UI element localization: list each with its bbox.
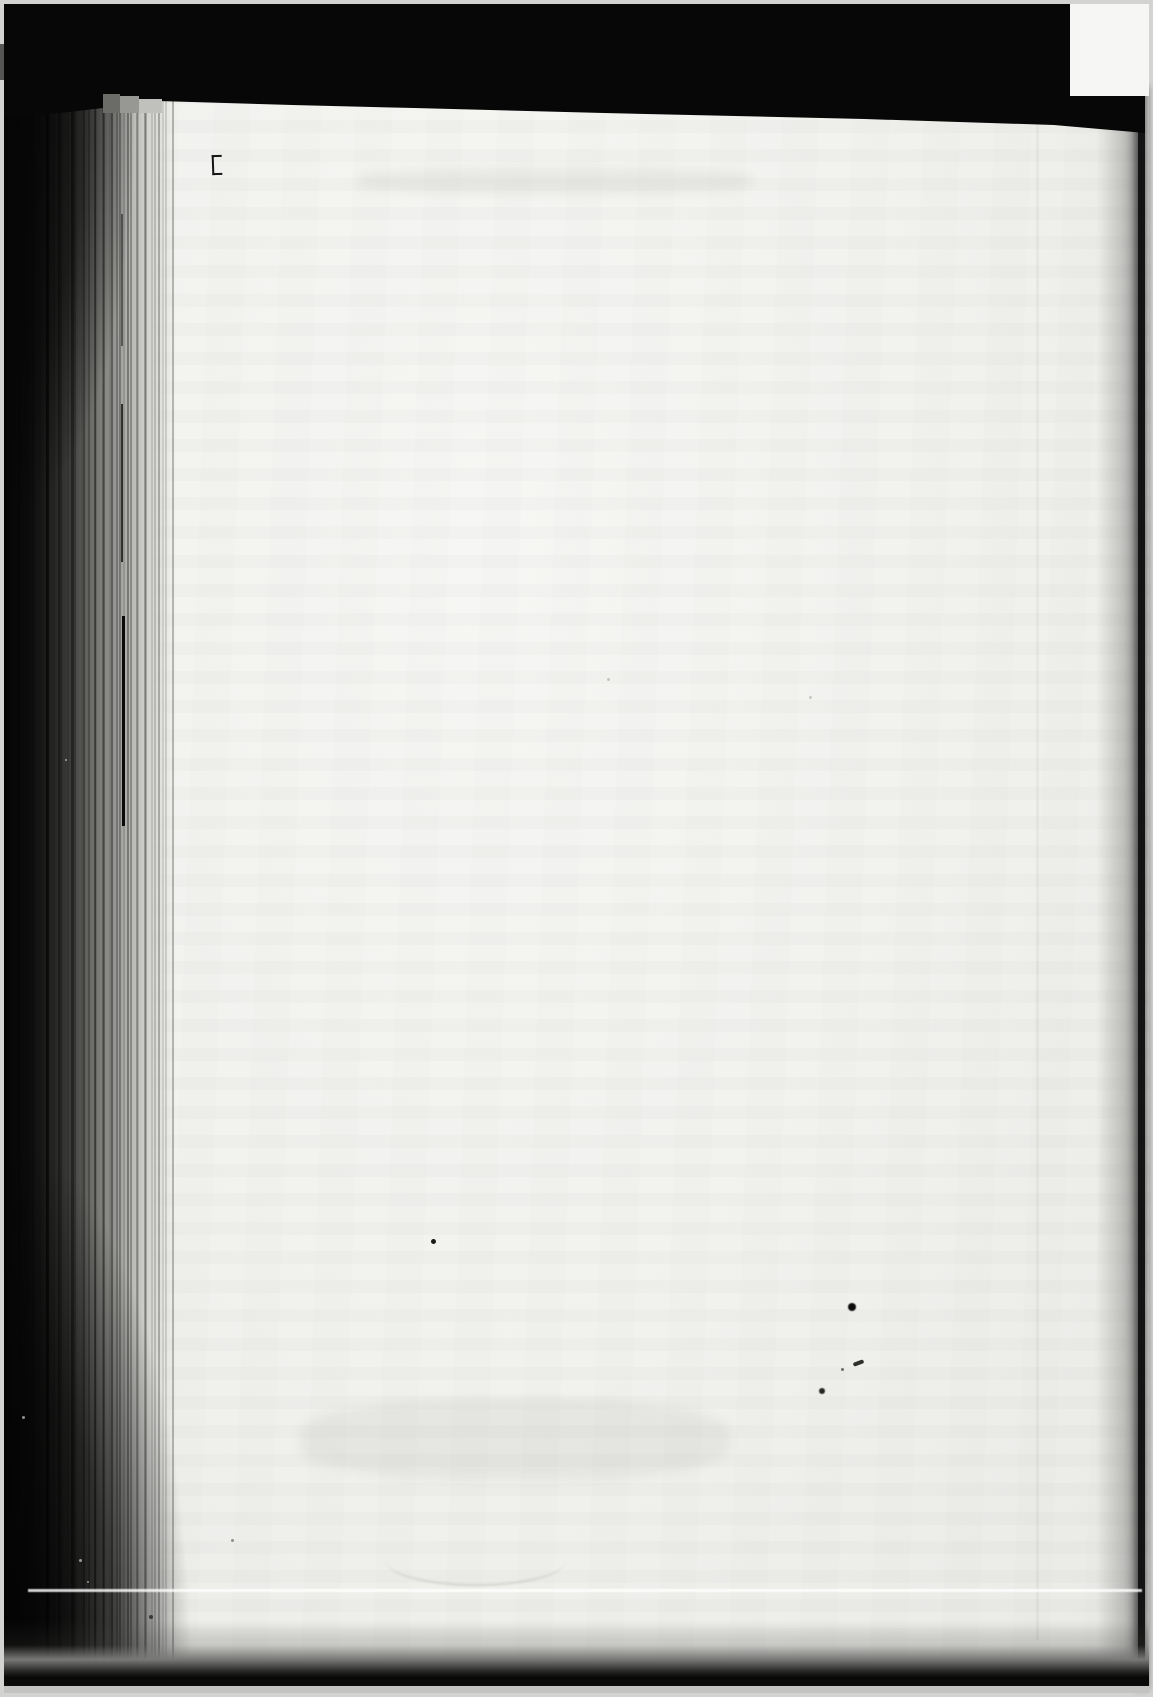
under-page-corner xyxy=(119,96,139,113)
page-edge-crease xyxy=(121,214,123,346)
under-page-corner xyxy=(103,94,120,113)
faint-speck xyxy=(809,696,812,699)
ink-dash xyxy=(853,1359,865,1367)
ghost-smudge xyxy=(300,1400,730,1480)
page-edge-crease xyxy=(121,404,123,562)
page-edge-crease xyxy=(122,616,125,826)
ink-speck xyxy=(431,1239,436,1244)
ink-speck-large xyxy=(848,1303,856,1311)
ink-speck xyxy=(819,1388,825,1394)
film-fleck xyxy=(87,1581,89,1583)
ink-speck xyxy=(841,1368,844,1371)
film-fleck xyxy=(79,1559,82,1562)
printed-bracket-mark xyxy=(212,155,223,175)
film-scratch-line xyxy=(28,1589,1142,1592)
edge-speck xyxy=(231,1539,234,1542)
under-page-corner xyxy=(138,99,162,113)
faint-arc-mark xyxy=(386,1536,566,1586)
film-fleck xyxy=(22,1416,25,1419)
marks-layer xyxy=(0,0,1153,1697)
faint-speck xyxy=(607,678,610,681)
ghost-text-smudge xyxy=(358,168,753,194)
scanned-page-image xyxy=(0,0,1153,1697)
film-fleck xyxy=(65,759,67,761)
edge-speck xyxy=(149,1615,153,1619)
